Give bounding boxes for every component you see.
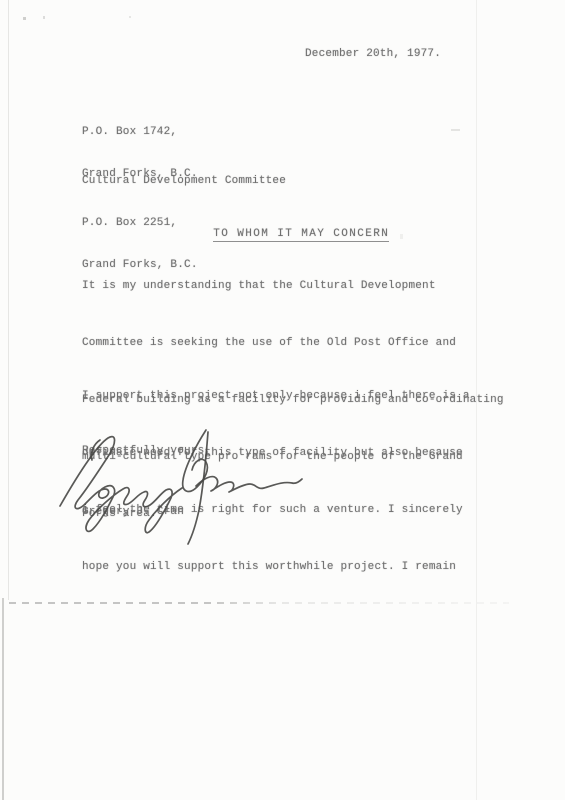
scanned-letter-page: December 20th, 1977. P.O. Box 1742, Gran… xyxy=(0,0,565,800)
scan-edge-left-top xyxy=(8,0,9,600)
scan-speck xyxy=(451,129,460,131)
paragraph-line: I support this project not only because … xyxy=(82,387,470,406)
recipient-address-line: Cultural Development Committee xyxy=(82,174,286,188)
paragraph-line: It is my understanding that the Cultural… xyxy=(82,277,504,296)
handwritten-signature xyxy=(56,426,306,550)
scan-speck xyxy=(43,16,45,19)
paragraph-line: hope you will support this worthwhile pr… xyxy=(82,558,470,577)
letter-date: December 20th, 1977. xyxy=(305,47,441,61)
scan-speck xyxy=(129,16,131,18)
scan-edge-left-bottom xyxy=(2,598,4,800)
scan-speck xyxy=(23,17,26,20)
sender-address-line: P.O. Box 1742, xyxy=(82,125,198,139)
